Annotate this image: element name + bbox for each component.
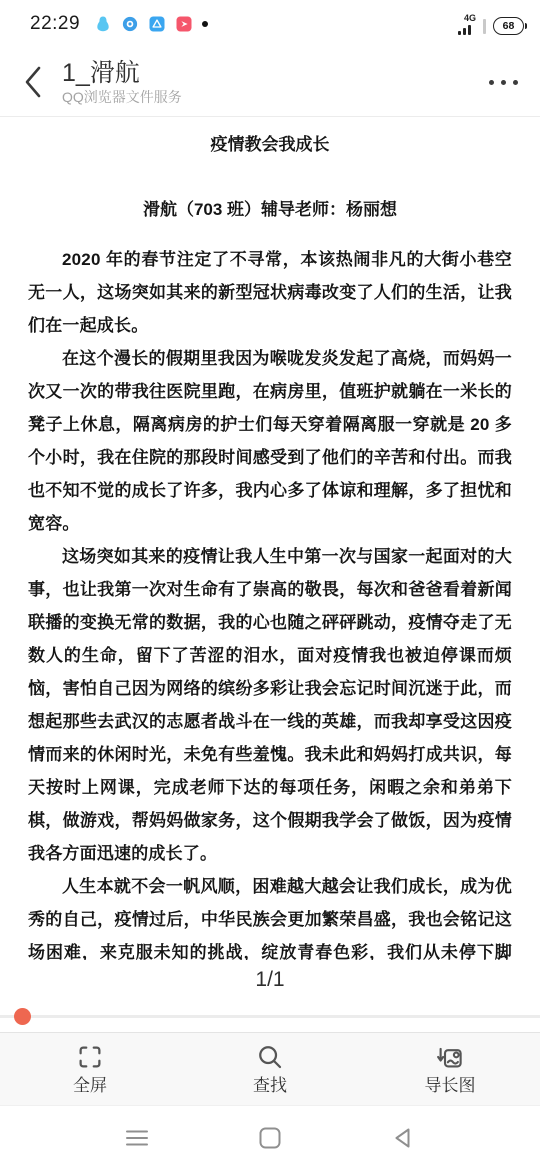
- clock: 22:29: [30, 13, 80, 35]
- fullscreen-button[interactable]: 全屏: [0, 1033, 180, 1105]
- app-header: 1_滑航 QQ浏览器文件服务: [0, 48, 540, 117]
- signal-bars-icon: [458, 25, 471, 35]
- document-title: 疫情教会我成长: [28, 133, 512, 157]
- paragraph: 在这个漫长的假期里我因为喉咙发炎发起了高烧，而妈妈一次又一次的带我往医院里跑，在…: [28, 342, 512, 540]
- header-titles: 1_滑航 QQ浏览器文件服务: [62, 59, 182, 106]
- phone-screen: 22:29 4G 68: [0, 0, 540, 1170]
- page-indicator: 1/1: [0, 966, 540, 994]
- find-button[interactable]: 查找: [180, 1033, 360, 1105]
- document-viewport[interactable]: 疫情教会我成长 滑航（703 班）辅导老师：杨丽想 2020 年的春节注定了不寻…: [0, 118, 540, 960]
- more-menu-button[interactable]: [485, 70, 522, 95]
- fullscreen-icon: [75, 1042, 105, 1072]
- search-icon: [255, 1042, 285, 1072]
- recents-button[interactable]: [114, 1115, 160, 1161]
- chevron-left-icon: [22, 64, 44, 100]
- export-long-image-label: 导长图: [425, 1076, 476, 1096]
- signal-indicator: 4G: [458, 14, 476, 35]
- home-button[interactable]: [247, 1115, 293, 1161]
- find-label: 查找: [253, 1076, 287, 1096]
- page-slider: [0, 1006, 540, 1026]
- back-triangle-icon: [390, 1125, 416, 1151]
- circle-dot-icon: [121, 15, 139, 33]
- home-square-icon: [257, 1125, 283, 1151]
- paragraph: 这场突如其来的疫情让我人生中第一次与国家一起面对的大事，也让我第一次对生命有了崇…: [28, 540, 512, 870]
- paragraph: 2020 年的春节注定了不寻常，本该热闹非凡的大街小巷空无一人，这场突如其来的新…: [28, 243, 512, 342]
- network-type-label: 4G: [464, 14, 476, 23]
- android-nav-bar: [0, 1105, 540, 1170]
- reader-toolbar: 全屏 查找 导长图: [0, 1032, 540, 1105]
- paragraph: 人生本就不会一帆风顺，困难越大越会让我们成长，成为优秀的自己，疫情过后，中华民族…: [28, 870, 512, 960]
- qq-penguin-icon: [94, 15, 112, 33]
- sim2-signal-icon: [483, 19, 486, 34]
- status-right-cluster: 4G 68: [458, 14, 524, 35]
- battery-indicator: 68: [493, 17, 524, 35]
- slider-track[interactable]: [0, 1015, 540, 1018]
- file-title: 1_滑航: [62, 59, 182, 87]
- menu-icon: [124, 1125, 150, 1151]
- file-source-subtitle: QQ浏览器文件服务: [62, 88, 182, 106]
- document-byline: 滑航（703 班）辅导老师：杨丽想: [28, 198, 512, 222]
- back-button[interactable]: [22, 60, 56, 104]
- slider-thumb[interactable]: [14, 1008, 31, 1025]
- triangle-app-icon: [148, 15, 166, 33]
- export-long-image-icon: [435, 1042, 465, 1072]
- play-badge-icon: [175, 15, 193, 33]
- status-bar: 22:29 4G 68: [0, 0, 540, 48]
- export-long-image-button[interactable]: 导长图: [360, 1033, 540, 1105]
- fullscreen-label: 全屏: [73, 1076, 107, 1096]
- nav-back-button[interactable]: [380, 1115, 426, 1161]
- notification-icons: [94, 15, 208, 33]
- document-body: 2020 年的春节注定了不寻常，本该热闹非凡的大街小巷空无一人，这场突如其来的新…: [28, 243, 512, 960]
- notification-dot-icon: [202, 21, 208, 27]
